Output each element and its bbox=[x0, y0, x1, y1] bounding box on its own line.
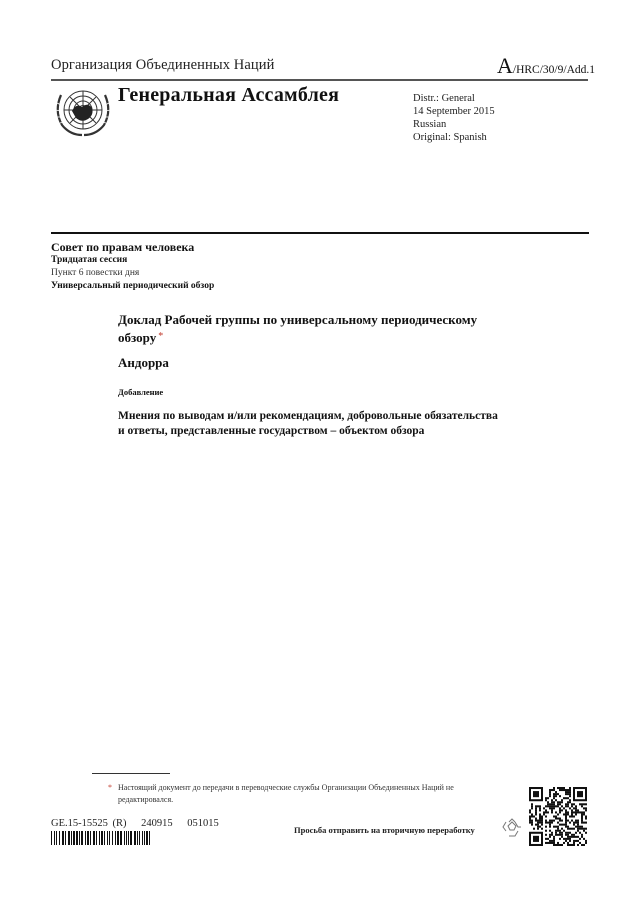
document-symbol: A/HRC/30/9/Add.1 bbox=[497, 53, 595, 79]
recycle-note: Просьба отправить на вторичную переработ… bbox=[294, 825, 475, 835]
footnote-marker-link[interactable]: * bbox=[158, 331, 163, 342]
un-emblem-icon bbox=[52, 83, 114, 139]
report-title: Доклад Рабочей группы по универсальному … bbox=[118, 311, 498, 346]
footnote-text: Настоящий документ до передачи в перевод… bbox=[108, 782, 508, 806]
organization-name: Организация Объединенных Наций bbox=[51, 57, 275, 74]
body-name: Генеральная Ассамблея bbox=[118, 84, 339, 107]
distr-language: Russian bbox=[413, 118, 495, 131]
addendum-label: Добавление bbox=[118, 387, 163, 397]
country-name: Андорра bbox=[118, 355, 169, 371]
footnote: * Настоящий документ до передачи в перев… bbox=[108, 782, 508, 806]
job-date-2: 051015 bbox=[187, 818, 219, 829]
footnote-rule bbox=[92, 773, 170, 774]
report-subtitle: Мнения по выводам и/или рекомендациям, д… bbox=[118, 409, 498, 439]
header-rule bbox=[51, 79, 588, 81]
distr-date: 14 September 2015 bbox=[413, 105, 495, 118]
footnote-marker: * bbox=[108, 782, 112, 794]
distribution-block: Distr.: General 14 September 2015 Russia… bbox=[413, 92, 495, 144]
council-name: Совет по правам человека bbox=[51, 240, 194, 254]
barcode-icon bbox=[51, 831, 151, 845]
distr-status: Distr.: General bbox=[413, 92, 495, 105]
qr-code-icon bbox=[529, 787, 587, 846]
distr-original: Original: Spanish bbox=[413, 131, 495, 144]
symbol-prefix: A bbox=[497, 53, 513, 78]
job-line: GE.15-15525 (R) 240915 051015 bbox=[51, 818, 229, 829]
agenda-item: Пункт 6 повестки дня bbox=[51, 267, 139, 279]
section-rule bbox=[51, 232, 589, 234]
job-date-1: 240915 bbox=[141, 818, 173, 829]
job-number: GE.15-15525 (R) bbox=[51, 818, 127, 829]
recycle-icon bbox=[501, 817, 523, 839]
report-title-text: Доклад Рабочей группы по универсальному … bbox=[118, 312, 477, 345]
agenda-topic: Универсальный периодический обзор bbox=[51, 280, 214, 292]
symbol-code: /HRC/30/9/Add.1 bbox=[513, 64, 595, 76]
session-name: Тридцатая сессия bbox=[51, 254, 127, 266]
